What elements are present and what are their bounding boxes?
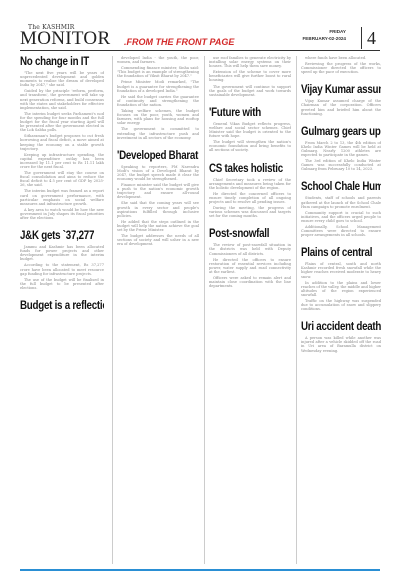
bottom-rule [20,569,380,571]
article: J&K gets `37,277Jammu and Kashmir has be… [20,230,104,300]
body-paragraph: where funds have been allocated. [301,56,381,60]
body-paragraph: Vijay Kumar assumed charge of the Chairm… [301,99,381,115]
body-paragraph: Extension of the scheme to cover more be… [209,70,291,82]
article: No change in IT"The next five years will… [20,56,104,230]
body-paragraph: Community support is crucial to such ini… [301,211,381,223]
column-2: developed India - the youth, the poor, w… [112,56,199,564]
section-label: .FROM THE FRONT PAGE [124,37,234,47]
body-paragraph: The review of post-snowfall situation in… [209,243,291,255]
body-paragraph: He directed the concerned officers to en… [209,192,291,204]
page-number: 4 [361,27,376,49]
headline: No change in IT [20,56,91,69]
headline: J&K gets `37,277 [20,230,91,243]
column-1: No change in IT"The next five years will… [20,56,104,564]
headline: Post-snowfall [209,228,279,241]
body-paragraph: Traffic on the highway was suspended due… [301,299,381,311]
headline: Uri accident death [301,321,369,334]
body-paragraph: Commending finance minister, Sinha said:… [117,66,199,78]
headline: Gulmarg gears up [301,126,369,139]
article: Post-snowfallThe review of post-snowfall… [209,228,291,298]
body-paragraph: "The next five years will be years of un… [20,71,104,87]
headline: Plains of central [301,247,369,260]
body-paragraph: Finance minister said the budget will gi… [117,183,199,199]
headline: Vijay Kumar assumes [301,84,369,97]
article: where funds have been allocated.Reviewin… [301,56,381,84]
columns: No change in IT"The next five years will… [20,56,380,564]
headline: School Chale Hum [301,181,369,194]
article: 'Developed Bharat bySpeaking to reporter… [117,150,199,257]
body-paragraph: The budget will strengthen the nation's … [209,140,291,152]
body-paragraph: The 3rd edition of Khelo India Winter Ga… [301,159,381,171]
body-paragraph: Sitharaman's budget proposes to cut fres… [20,134,104,150]
headline: CS takes holistic [209,163,279,176]
body-paragraph: He directed the officers to ensure resto… [209,258,291,274]
body-paragraph: The government will stay the course on f… [20,171,104,187]
newspaper-page: The KASHMIR MONITOR .FROM THE FRONT PAGE… [20,24,380,51]
body-paragraph: According to the statement, Rs 37,277 cr… [20,263,104,275]
day-label: FRIDAY [303,28,347,35]
body-paragraph: He said the budget carries the guarantee… [117,95,199,107]
body-paragraph: developed India - the youth, the poor, w… [117,56,199,64]
headline: 'Developed Bharat by [117,150,187,163]
body-paragraph: Prime Minister Modi remarked, "The budge… [117,80,199,92]
column-4: where funds have been allocated.Reviewin… [296,56,381,564]
article: Plains of centralPlains of central, sout… [301,247,381,321]
body-paragraph: Plains of central, south and north Kashm… [301,262,381,278]
body-paragraph: He added that the steps outlined in the … [117,220,199,232]
body-paragraph: General Vikas Budget reflects progress, … [209,122,291,138]
article: CS takes holisticChief Secretary took a … [209,163,291,229]
article: 'Future withGeneral Vikas Budget reflect… [209,107,291,163]
article: Uri accident deathA person was killed wh… [301,321,381,362]
masthead: The KASHMIR MONITOR .FROM THE FRONT PAGE… [20,24,380,51]
headline: Budget is a reflection [20,300,91,313]
body-paragraph: Speaking to reporters, PM Narendra Modi'… [117,165,199,181]
article: use roof families to generate electricit… [209,56,291,107]
body-paragraph: Reviewing the progress of the works, Com… [301,62,381,74]
body-paragraph: The government is committed to extending… [117,127,199,139]
date-label: FEBRUARY-02-2024 [303,35,347,42]
body-paragraph: Additionally, School Management Committe… [301,225,381,237]
body-paragraph: The interim budget seeks Parliament's no… [20,112,104,132]
body-paragraph: Officers were asked to remain alert and … [209,276,291,288]
logo-title: MONITOR [20,29,110,49]
article: developed India - the youth, the poor, w… [117,56,199,150]
body-paragraph: Chief Secretary took a review of the arr… [209,178,291,190]
article: School Chale HumStudents, staff of schoo… [301,181,381,247]
body-paragraph: The government will continue to support … [209,85,291,97]
body-paragraph: A person was killed while another was in… [301,336,381,352]
body-paragraph: The interim budget was framed as a repor… [20,189,104,205]
body-paragraph: From March 2 to 13, the 4th edition of K… [301,141,381,157]
body-paragraph: During the meeting, the progress of vari… [209,206,291,218]
body-paragraph: use roof families to generate electricit… [209,56,291,68]
body-paragraph: The use of the budget will be finalised … [20,278,104,290]
body-paragraph: A key area to watch would be how the new… [20,208,104,220]
body-paragraph: Keeping up infrastructure spending, the … [20,153,104,169]
article: Vijay Kumar assumesVijay Kumar assumed c… [301,84,381,125]
body-paragraph: Jammu and Kashmir has been allocated fun… [20,245,104,261]
body-paragraph: She said that the coming years will see … [117,201,199,217]
body-paragraph: In addition to the plains and lower reac… [301,281,381,297]
body-paragraph: Guided by the principle 'reform, perform… [20,89,104,109]
body-paragraph: Students, staff of schools and parents g… [301,196,381,208]
article: Budget is a reflection [20,300,104,323]
article: Gulmarg gears upFrom March 2 to 13, the … [301,126,381,182]
body-paragraph: The budget addresses the needs of all se… [117,234,199,246]
date-block: FRIDAY FEBRUARY-02-2024 [303,28,347,42]
body-paragraph: Taking welfare schemes, the budget focus… [117,109,199,125]
headline: 'Future with [209,107,279,120]
column-3: use roof families to generate electricit… [204,56,291,564]
